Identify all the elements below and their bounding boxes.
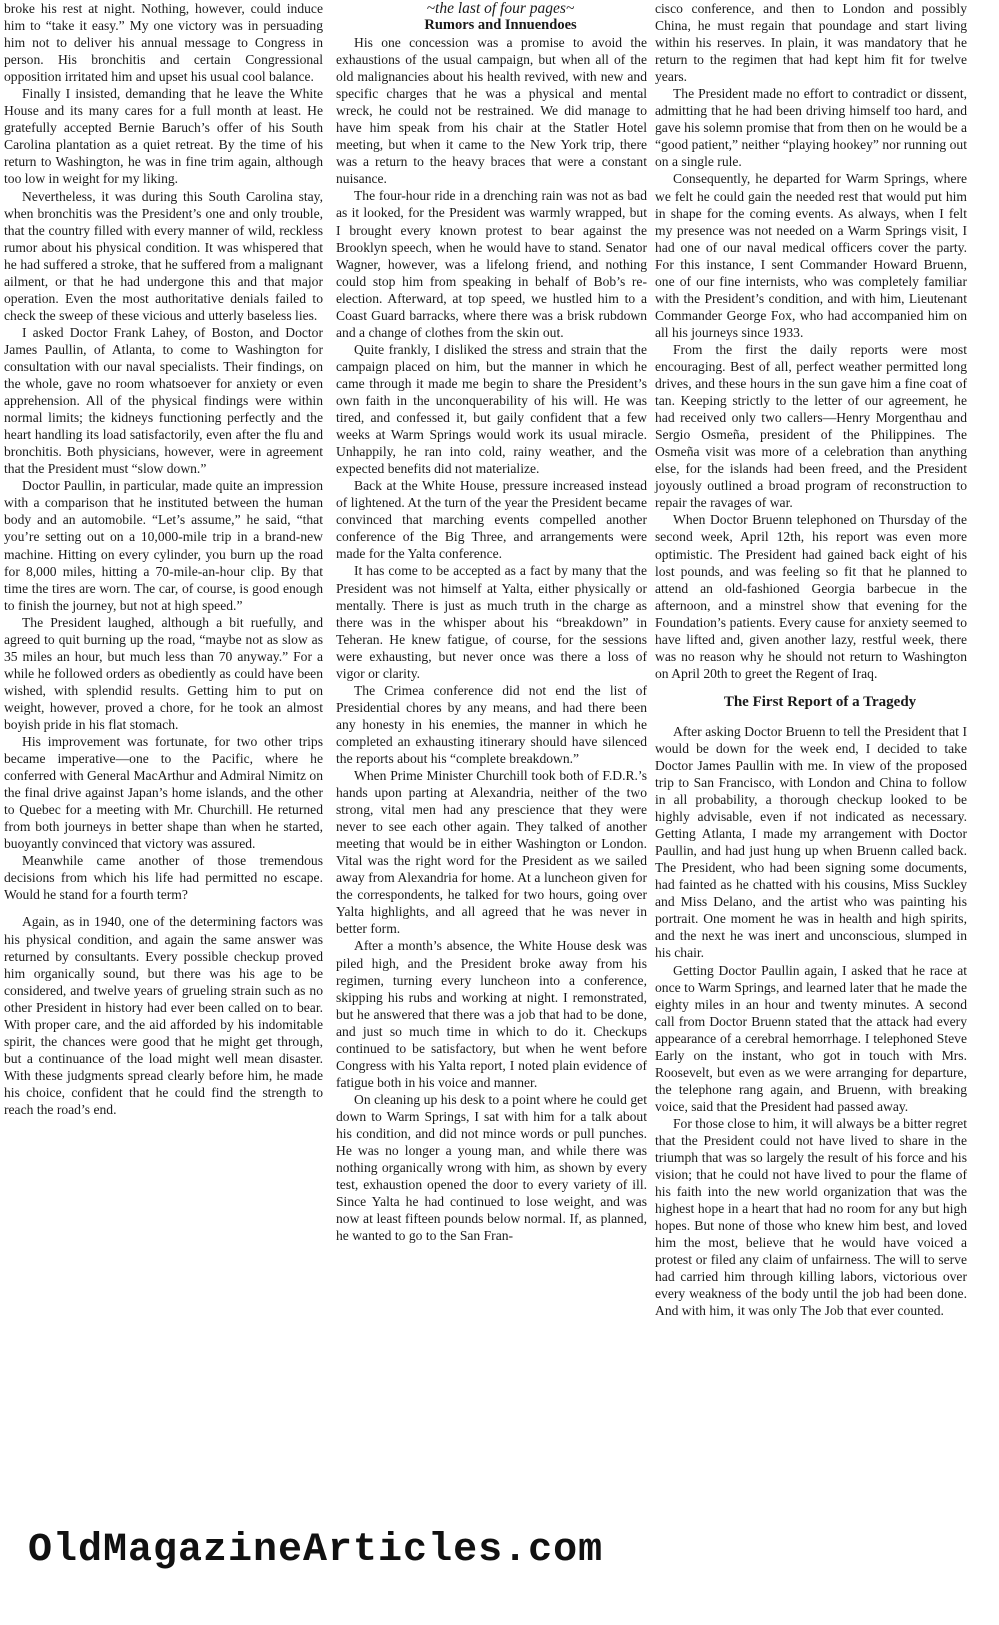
paragraph: The Crimea conference did not end the li… xyxy=(336,682,647,767)
paragraph: Finally I insisted, demanding that he le… xyxy=(4,85,323,187)
paragraph: After asking Doctor Bruenn to tell the P… xyxy=(655,723,967,962)
paragraph: On cleaning up his desk to a point where… xyxy=(336,1091,647,1244)
paragraph: After a month’s absence, the White House… xyxy=(336,937,647,1090)
paragraph: Meanwhile came another of those tremendo… xyxy=(4,852,323,903)
paragraph: Quite frankly, I disliked the stress and… xyxy=(336,341,647,477)
section-heading-rumors: Rumors and Innuendoes xyxy=(336,17,647,34)
page-kicker: ~the last of four pages~ xyxy=(336,0,647,17)
article-column-2: ~the last of four pages~ Rumors and Innu… xyxy=(336,0,647,1244)
paragraph: His one concession was a promise to avoi… xyxy=(336,34,647,187)
paragraph: The four-hour ride in a drenching rain w… xyxy=(336,187,647,340)
paragraph: Doctor Paullin, in particular, made quit… xyxy=(4,477,323,613)
paragraph: When Doctor Bruenn telephoned on Thursda… xyxy=(655,511,967,681)
paragraph: The President made no effort to contradi… xyxy=(655,85,967,170)
paragraph: When Prime Minister Churchill took both … xyxy=(336,767,647,937)
paragraph: The President laughed, although a bit ru… xyxy=(4,614,323,733)
paragraph: cisco conference, and then to London and… xyxy=(655,0,967,85)
paragraph: Getting Doctor Paullin again, I asked th… xyxy=(655,962,967,1115)
magazine-page: broke his rest at night. Nothing, howeve… xyxy=(0,0,999,1625)
paragraph: Consequently, he departed for Warm Sprin… xyxy=(655,170,967,340)
article-column-1: broke his rest at night. Nothing, howeve… xyxy=(4,0,323,1118)
paragraph: His improvement was fortunate, for two o… xyxy=(4,733,323,852)
paragraph: Back at the White House, pressure increa… xyxy=(336,477,647,562)
paragraph: From the first the daily reports were mo… xyxy=(655,341,967,511)
paragraph: broke his rest at night. Nothing, howeve… xyxy=(4,0,323,85)
site-watermark: OldMagazineArticles.com xyxy=(28,1528,603,1573)
section-heading-tragedy: The First Report of a Tragedy xyxy=(655,694,967,711)
paragraph: It has come to be accepted as a fact by … xyxy=(336,562,647,681)
paragraph: Again, as in 1940, one of the determinin… xyxy=(4,913,323,1118)
article-column-3: cisco conference, and then to London and… xyxy=(655,0,967,1320)
paragraph: For those close to him, it will always b… xyxy=(655,1115,967,1320)
paragraph: I asked Doctor Frank Lahey, of Boston, a… xyxy=(4,324,323,477)
paragraph: Nevertheless, it was during this South C… xyxy=(4,188,323,324)
